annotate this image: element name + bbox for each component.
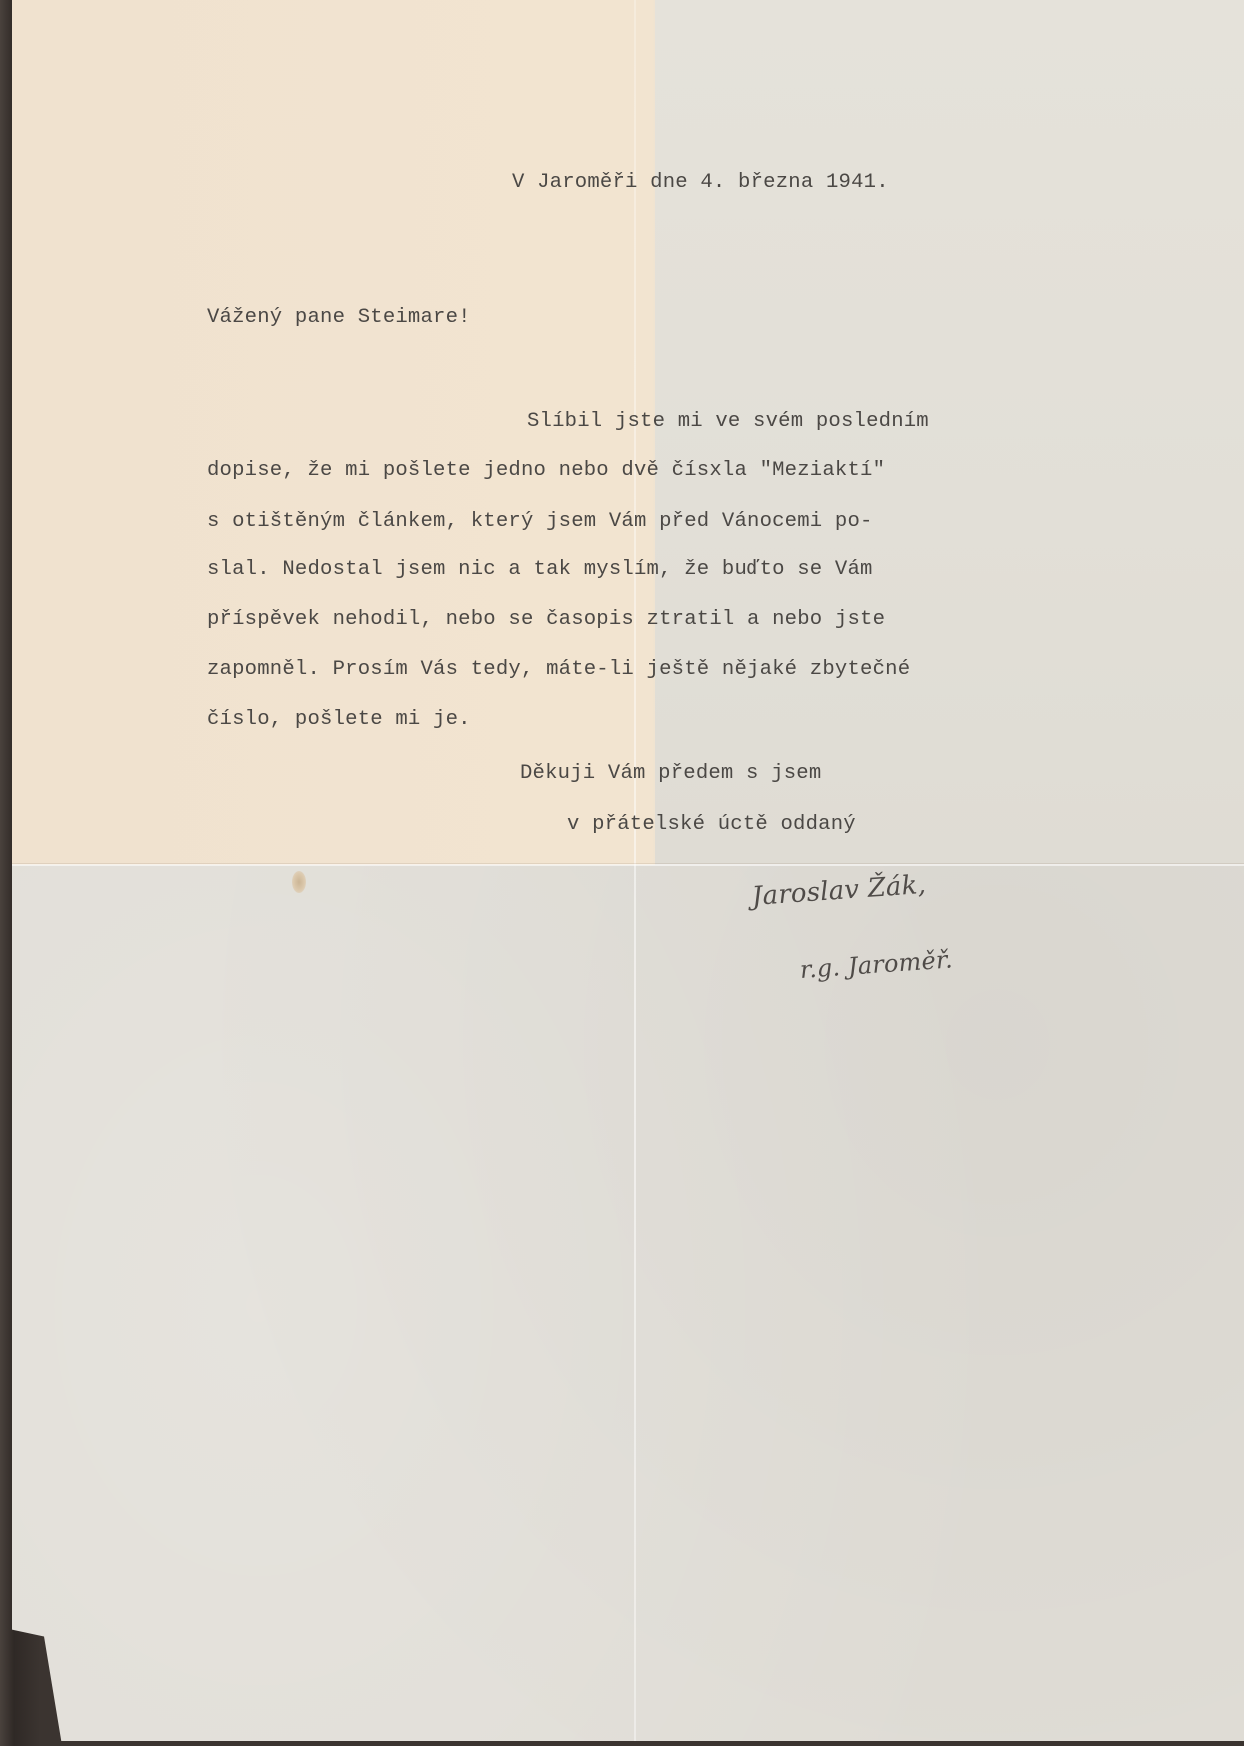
signature-name: Jaroslav Žák, (751, 872, 927, 910)
body-line-4: slal. Nedostal jsem nic a tak myslím, že… (207, 560, 873, 581)
signature-place: r.g. Jaroměř. (799, 947, 953, 982)
body-line-2: dopise, že mi pošlete jedno nebo dvě čís… (207, 461, 885, 482)
letter-content: V Jaroměři dne 4. března 1941. Vážený pa… (0, 0, 1244, 1746)
body-line-6: zapomněl. Prosím Vás tedy, máte-li ještě… (207, 660, 910, 681)
body-line-5: příspěvek nehodil, nebo se časopis ztrat… (207, 610, 885, 631)
closing-line-2: v přátelské úctě oddaný (567, 815, 856, 836)
body-line-1: Slíbil jste mi ve svém posledním (527, 412, 929, 433)
body-line-3: s otištěným článkem, který jsem Vám před… (207, 512, 873, 533)
closing-line-1: Děkuji Vám předem s jsem (520, 764, 821, 785)
body-line-7: číslo, pošlete mi je. (207, 710, 471, 731)
date-line: V Jaroměři dne 4. března 1941. (512, 173, 889, 194)
salutation: Vážený pane Steimare! (207, 308, 471, 329)
